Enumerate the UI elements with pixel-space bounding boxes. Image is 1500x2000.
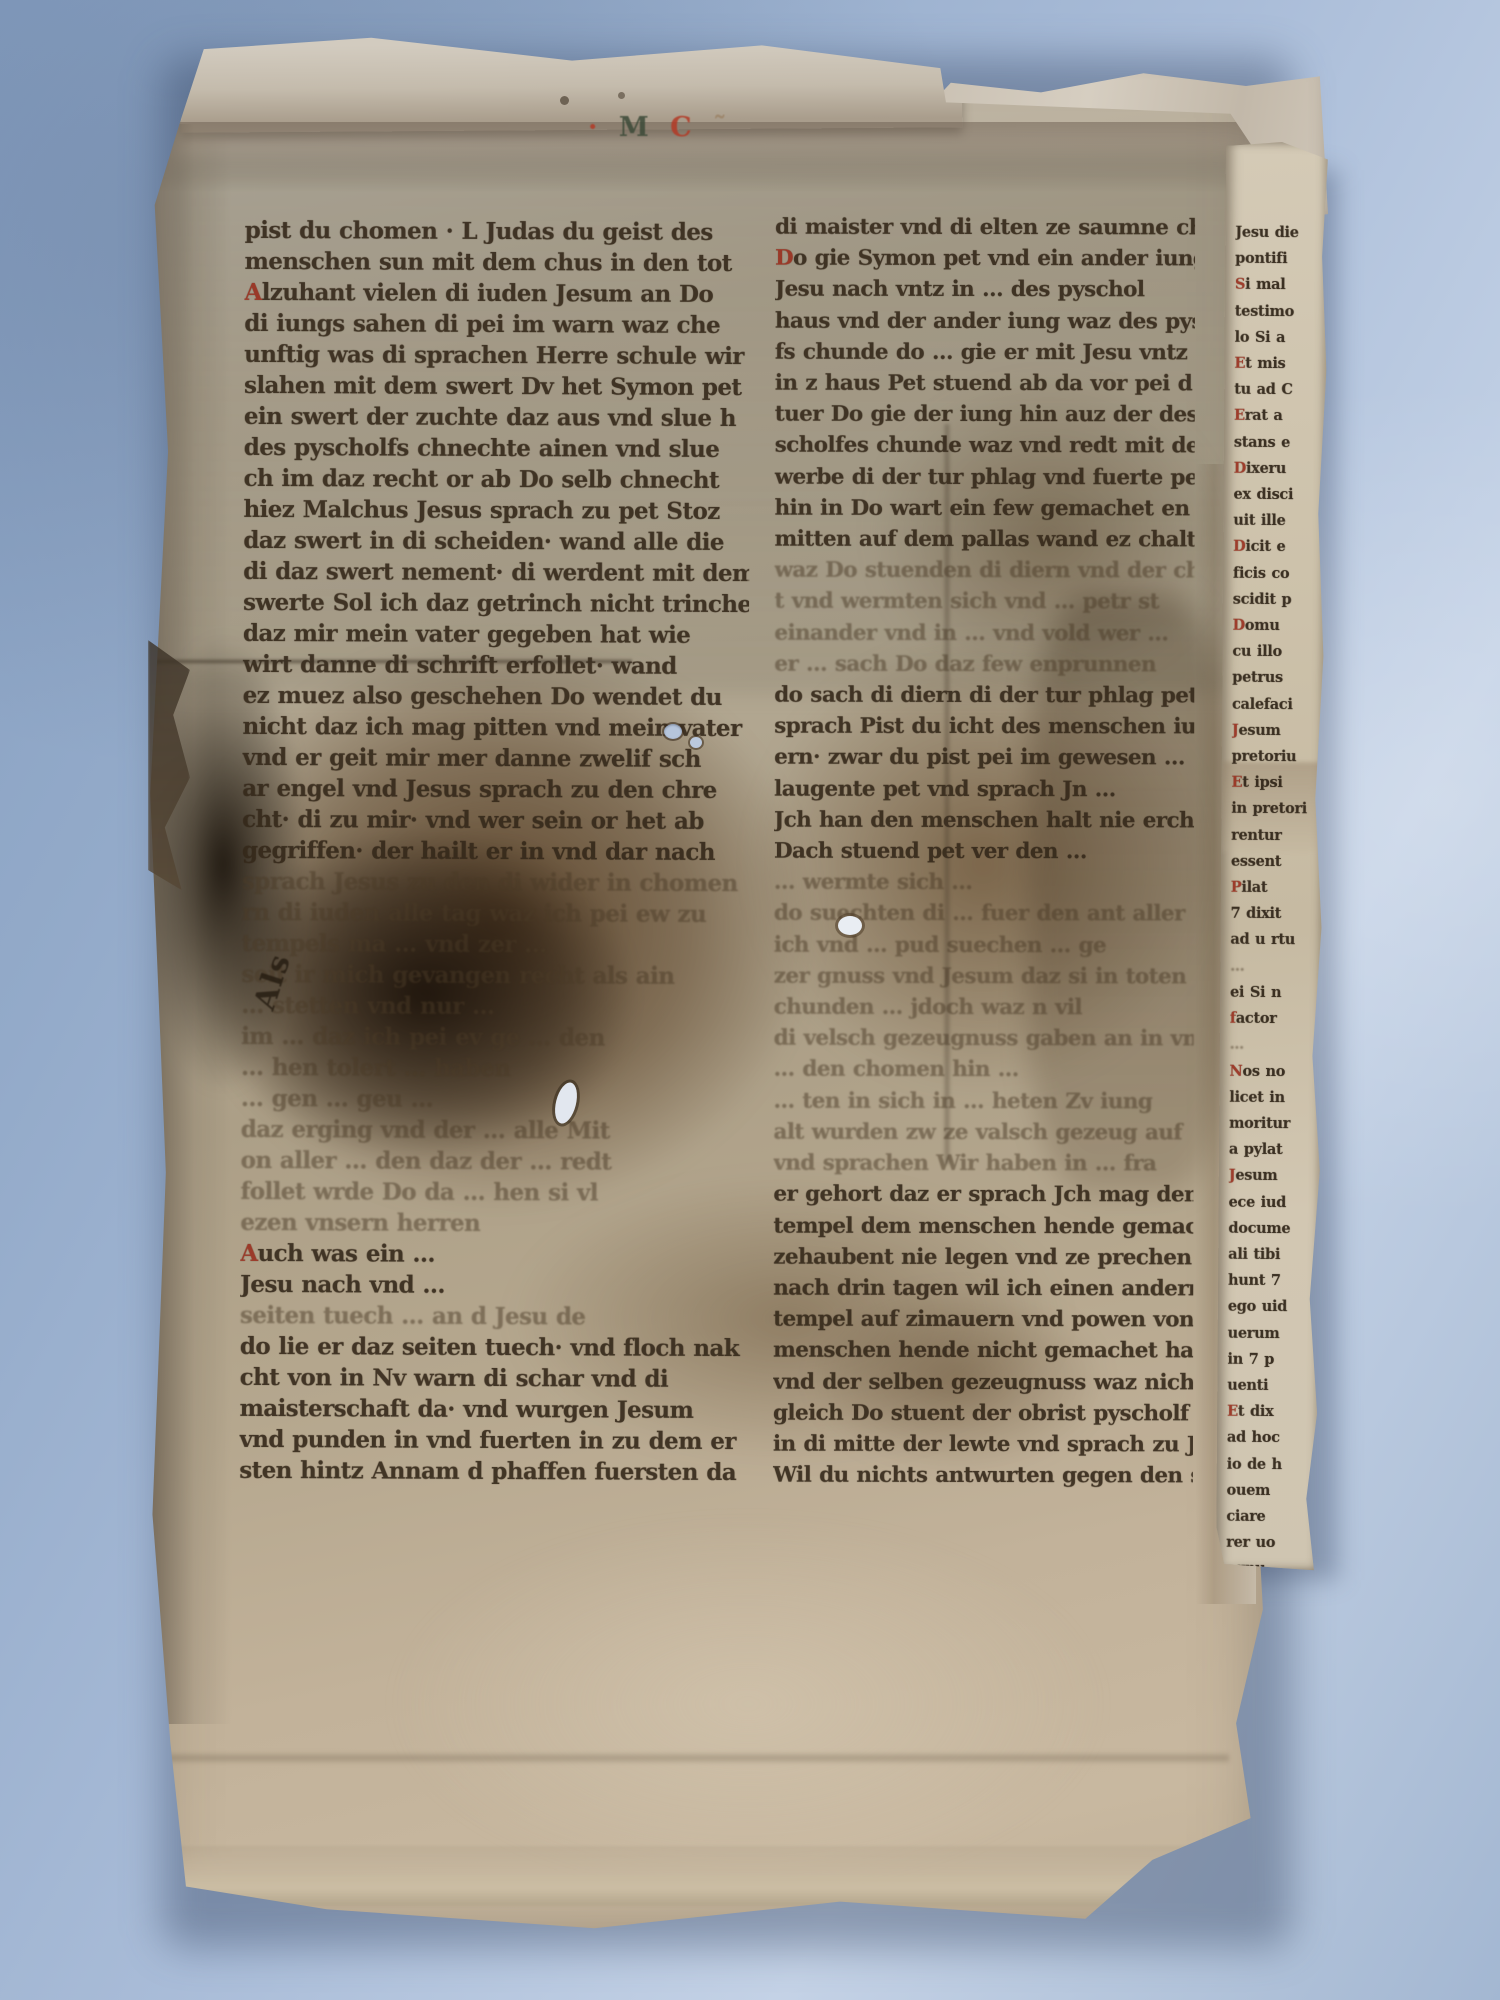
manuscript-text-line: ciare <box>1226 1504 1318 1531</box>
manuscript-text-line: zehaubent nie legen vnd ze prechen <box>773 1241 1193 1273</box>
manuscript-text-line: ez muez also geschehen Do wendet du <box>243 680 749 713</box>
manuscript-text-line: vnd der selben gezeugnuss waz nicht ge <box>773 1366 1193 1398</box>
manuscript-text-line: pist du chomen · L Judas du geist des <box>245 215 751 248</box>
manuscript-text-line: Jesum <box>1232 718 1324 745</box>
manuscript-text-line: essent <box>1231 849 1323 876</box>
manuscript-text-line: des pyscholfs chnechte ainen vnd slue <box>244 432 750 465</box>
manuscript-text-line: ali tibi <box>1228 1242 1320 1269</box>
manuscript-text-line: in 7 p <box>1227 1346 1319 1373</box>
manuscript-text-line: Domu <box>1233 613 1325 640</box>
hole <box>664 724 682 739</box>
manuscript-text-line: uerum <box>1228 1320 1320 1347</box>
manuscript-text-line: Jesum <box>1229 1163 1321 1190</box>
hole <box>618 92 625 99</box>
manuscript-text-line: Jesu die <box>1235 220 1327 247</box>
manuscript-text-line: cht· di zu mir· vnd wer sein or het ab <box>242 804 748 837</box>
manuscript-text-line: mitten auf dem pallas wand ez chalt <box>775 524 1195 556</box>
manuscript-text-line: swerte Sol ich daz getrinch nicht trinch… <box>243 587 749 620</box>
bottom-torn-edge <box>168 1846 1217 1906</box>
manuscript-text-line: tuer Do gie der iung hin auz der des py <box>775 399 1195 431</box>
manuscript-text-line: Dixeru <box>1234 456 1326 483</box>
manuscript-text-line: Nos no <box>1229 1058 1321 1085</box>
manuscript-text-line: sten hintz Annam d phaffen fuersten da <box>239 1455 745 1488</box>
manuscript-text-line: Alzuhant vielen di iuden Jesum an Do <box>244 277 750 310</box>
manuscript-text-line: Pilat <box>1231 875 1323 902</box>
manuscript-text-line: tempel auf zimauern vnd powen von <box>773 1304 1193 1336</box>
horizontal-crease <box>152 658 632 665</box>
manuscript-text-line: daz mir mein vater gegeben hat wie <box>243 618 749 651</box>
manuscript-text-line: ein swert der zuchte daz aus vnd slue h <box>244 401 750 434</box>
leaf-left-fold <box>148 124 232 1724</box>
manuscript-text-line: fs chunde do … gie er mit Jesu vntz <box>775 336 1195 368</box>
manuscript-text-line: laugente pet vnd sprach Jn … <box>774 773 1194 805</box>
manuscript-text-line: er gehort daz er sprach Jch mag den <box>773 1179 1193 1211</box>
manuscript-text-line: hin in Do wart ein few gemachet en <box>775 492 1195 524</box>
manuscript-text-line: … hen tolert … haben <box>241 1052 747 1085</box>
manuscript-text-line: io de h <box>1227 1451 1319 1478</box>
manuscript-text-line: werbe di der tur phlag vnd fuerte petrn <box>775 461 1195 493</box>
manuscript-text-line: in di mitte der lewte vnd sprach zu Jesu <box>773 1429 1193 1461</box>
running-title-dot: · <box>588 112 603 143</box>
manuscript-text-line: ex disci <box>1233 482 1325 509</box>
manuscript-text-line: moritur <box>1229 1111 1321 1138</box>
manuscript-text-line: cht von in Nv warn di schar vnd di <box>240 1362 746 1395</box>
manuscript-text-line: ich vnd … pud suechen … ge <box>774 929 1194 961</box>
left-column: pist du chomen · L Judas du geist desmen… <box>239 215 751 1488</box>
manuscript-text-line: alt wurden zw ze valsch gezeug auf <box>773 1117 1193 1149</box>
manuscript-text-line: scholfes chunde waz vnd redt mit dem <box>775 430 1195 462</box>
manuscript-text-line: einander vnd in … vnd vold wer … <box>774 617 1194 649</box>
manuscript-text-line: sprach Jesus zu den di wider in chomen <box>242 866 748 899</box>
manuscript-text-line: seiten tuech … an d Jesu de <box>240 1300 746 1333</box>
manuscript-text-line: menschen hende nicht gemachet haben <box>773 1335 1193 1367</box>
manuscript-text-line: ece iud <box>1228 1189 1320 1216</box>
manuscript-text-line: Do gie Symon pet vnd ein ander iung <box>775 243 1195 275</box>
manuscript-text-line: vnd sprachen Wir haben in … fra <box>773 1148 1193 1180</box>
photo-background: · M C ˜ pist du chomen · L Judas du geis… <box>0 0 1500 2000</box>
light-patch <box>388 1514 1108 1894</box>
manuscript-text-line: ei Si n <box>1230 980 1322 1007</box>
manuscript-text-line: di velsch gezeugnuss gaben an in vnd <box>774 1023 1194 1055</box>
manuscript-text-line: seit ir mich gevangen recht als ain <box>241 959 747 992</box>
manuscript-text-line: lo Si a <box>1235 325 1327 352</box>
manuscript-text-line: … wermte sich … <box>774 867 1194 899</box>
running-title-letter-m: M <box>619 112 655 143</box>
manuscript-text-line: Dicit e <box>1233 534 1325 561</box>
manuscript-text-line: Et ipsi <box>1231 770 1323 797</box>
manuscript-text-line: ficis co <box>1233 560 1325 587</box>
manuscript-text-line: Et mis <box>1234 351 1326 378</box>
manuscript-text-line: vnd er geit mir mer danne zwelif sch <box>242 742 748 775</box>
manuscript-text-line: zer gnuss vnd Jesum daz si in toten <box>774 961 1194 993</box>
vertical-crease <box>943 424 951 1164</box>
manuscript-text-line: … stetten vnd nur … <box>241 990 747 1023</box>
manuscript-text-line: vnd punden in vnd fuerten in zu dem er <box>239 1424 745 1457</box>
manuscript-text-line: ar engel vnd Jesus sprach zu den chre <box>242 773 748 806</box>
manuscript-text-line: daz swert in di scheiden· wand alle die <box>243 525 749 558</box>
manuscript-text-line: Si mal <box>1235 272 1327 299</box>
hole <box>560 96 569 105</box>
manuscript-text-line: ad u rtu <box>1230 927 1322 954</box>
manuscript-text-line: scidit p <box>1233 587 1325 614</box>
manuscript-text-line: licet in <box>1229 1084 1321 1111</box>
hole <box>690 737 702 748</box>
right-column: di maister vnd di elten ze saumne chomen… <box>773 212 1195 1492</box>
manuscript-text-line: Dach stuend pet ver den … <box>774 836 1194 868</box>
manuscript-text-line: … ten in sich in … heten Zv iung <box>774 1085 1194 1117</box>
manuscript-text-line: daz erging vnd der … alle Mit <box>241 1114 747 1147</box>
manuscript-text-line: di iungs sahen di pei im warn waz che <box>244 308 750 341</box>
manuscript-text-line: do sach di diern di der tur phlag petrn <box>774 680 1194 712</box>
manuscript-text-line: ch im daz recht or ab Do selb chnecht <box>244 463 750 496</box>
manuscript-text-line: slahen mit dem swert Dv het Symon pet <box>244 370 750 403</box>
fragment-strip: Jesu diepontifiSi maltestimolo Si aEt mi… <box>1216 142 1328 1571</box>
manuscript-text-line: cu illo <box>1232 639 1324 666</box>
manuscript-text-line: menschen sun mit dem chus in den tot <box>245 246 751 279</box>
manuscript-text-line: sprach Pist du icht des menschen iung <box>774 711 1194 743</box>
manuscript-text-line: rn di iuden alle tag waz ich pei ew zu <box>242 897 748 930</box>
manuscript-text-line: follet wrde Do da … hen si vl <box>240 1176 746 1209</box>
manuscript-text-line: testimo <box>1235 298 1327 325</box>
strip-text-column: Jesu diepontifiSi maltestimolo Si aEt mi… <box>1226 220 1328 1583</box>
manuscript-text-line: rer uo <box>1226 1530 1318 1557</box>
manuscript-text-line: waz Do stuenden di diern vnd der ch <box>774 555 1194 587</box>
manuscript-text-line: do suechten di … fuer den ant aller … <box>774 898 1194 930</box>
manuscript-text-line: docume <box>1228 1215 1320 1242</box>
manuscript-text-line: im … daz ich pei ev ge … den <box>241 1021 747 1054</box>
manuscript-text-line: Et dix <box>1227 1399 1319 1426</box>
manuscript-text-line: hunt 7 <box>1228 1268 1320 1295</box>
manuscript-text-line: calefaci <box>1232 691 1324 718</box>
running-title-tail: ˜ <box>713 112 733 143</box>
manuscript-text-line: hiez Malchus Jesus sprach zu pet Stoz <box>243 494 749 527</box>
manuscript-text-line: gegriffen· der hailt er in vnd dar nach <box>242 835 748 868</box>
manuscript-text-line: pretoriu <box>1232 744 1324 771</box>
manuscript-text-line: Auch was ein … <box>240 1238 746 1271</box>
manuscript-text-line: … gen … geu … <box>241 1083 747 1116</box>
manuscript-text-line: on aller … den daz der … redt <box>241 1145 747 1178</box>
manuscript-text-line: Wil du nichts antwurten gegen den sachen <box>773 1460 1193 1492</box>
manuscript-text-line: do lie er daz seiten tuech· vnd floch na… <box>240 1331 746 1364</box>
manuscript-text-line: ezen vnsern herren <box>240 1207 746 1240</box>
manuscript-text-line: … <box>1230 1032 1322 1059</box>
manuscript-text-line: Jesu nach vnd … <box>240 1269 746 1302</box>
manuscript-text-line: tempel dem menschen hende gemachet <box>773 1210 1193 1242</box>
manuscript-leaf: · M C ˜ pist du chomen · L Judas du geis… <box>148 34 1264 1932</box>
manuscript-text-line: … <box>1230 953 1322 980</box>
manuscript-text-line: pontifi <box>1235 246 1327 273</box>
manuscript-text-line: 7 dixit <box>1231 901 1323 928</box>
hole <box>838 916 862 935</box>
manuscript-text-line: in z haus Pet stuend ab da vor pei d <box>775 368 1195 400</box>
manuscript-text-line: di maister vnd di elten ze saumne chomen <box>775 212 1195 244</box>
running-title: · M C ˜ <box>588 112 733 143</box>
manuscript-text-line: chunden … jdoch waz n vil <box>774 992 1194 1024</box>
manuscript-text-line: tu ad C <box>1234 377 1326 404</box>
manuscript-text-line: t vnd wermten sich vnd … petr st <box>774 586 1194 618</box>
manuscript-text-line: petrus <box>1232 665 1324 692</box>
manuscript-text-line: Erat a <box>1234 403 1326 430</box>
manuscript-text-line: uit ille <box>1233 508 1325 535</box>
manuscript-text-line: Jch han den menschen halt nie erchant <box>774 804 1194 836</box>
manuscript-text-line: ad hoc <box>1227 1425 1319 1452</box>
manuscript-text-line: gleich Do stuent der obrist pyscholf auf <box>773 1397 1193 1429</box>
manuscript-text-line: ouem <box>1226 1477 1318 1504</box>
manuscript-text-line: ego uid <box>1228 1294 1320 1321</box>
manuscript-text-line: di daz swert nement· di werdent mit dem <box>243 556 749 589</box>
manuscript-text-line: er … sach Do daz few enprunnen <box>774 648 1194 680</box>
manuscript-text-line: unftig was di sprachen Herre schule wir <box>244 339 750 372</box>
manuscript-text-line: nach drin tagen wil ich einen andern <box>773 1273 1193 1305</box>
manuscript-text-line: tempels ma … vnd zer … <box>242 928 748 961</box>
manuscript-text-line: factor <box>1230 1006 1322 1033</box>
manuscript-text-line: stans e <box>1234 429 1326 456</box>
manuscript-text-line: rentur <box>1231 822 1323 849</box>
bottom-fold-line <box>158 1752 1229 1764</box>
manuscript-text-line: … den chomen hin … <box>774 1054 1194 1086</box>
running-title-letter-c: C <box>670 112 698 143</box>
manuscript-text-line: a pylat <box>1229 1137 1321 1164</box>
manuscript-text-line: uenti <box>1227 1373 1319 1400</box>
manuscript-text-line: in pretori <box>1231 796 1323 823</box>
manuscript-text-line: ern· zwar du pist pei im gewesen … <box>774 742 1194 774</box>
manuscript-text-line: wirt danne di schrift erfollet· wand <box>243 649 749 682</box>
manuscript-text-line: Jesu nach vntz in … des pyschol <box>775 274 1195 306</box>
manuscript-text-line: maisterschaft da· vnd wurgen Jesum <box>240 1393 746 1426</box>
manuscript-text-line: haus vnd der ander iung waz des pyschol <box>775 305 1195 337</box>
leaf-top-flap <box>181 31 963 132</box>
